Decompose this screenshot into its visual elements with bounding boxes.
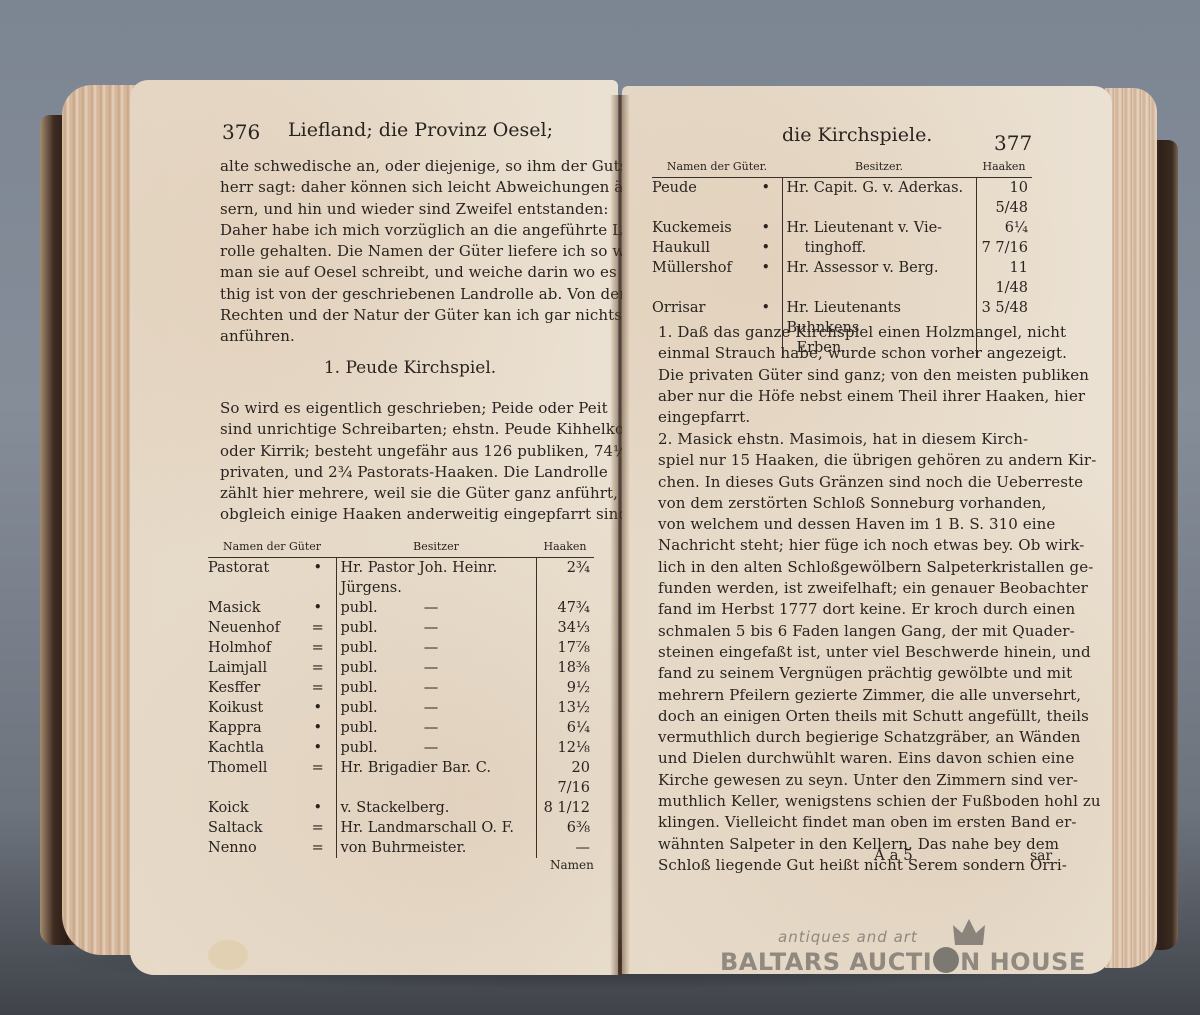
leader-mark: [300, 578, 336, 598]
text-line: Daher habe ich mich vorzüglich an die an…: [220, 220, 656, 241]
owner: publ. —: [336, 658, 536, 678]
owner: von Buhrmeister.: [336, 838, 536, 858]
page-number: 377: [994, 131, 1032, 155]
estate-name: Kachtla: [208, 738, 300, 758]
column-header-names: Namen der Güter: [208, 538, 336, 558]
table-row: Kuckemeis•Hr. Lieutenant v. Vie-6¼: [652, 218, 1032, 238]
leader-mark: •: [300, 798, 336, 818]
table-row: Kappra•publ. —6¼: [208, 718, 594, 738]
text-line: fand zu seinem Vergnügen prächtig gewölb…: [658, 663, 1101, 684]
owner: publ. —: [336, 638, 536, 658]
haaken-value: 12⅛: [536, 738, 594, 758]
estate-name: Koick: [208, 798, 300, 818]
auction-house-watermark: antiques and art BALTARS AUCTIN HOUSE: [720, 925, 1120, 985]
text-line: eingepfarrt.: [658, 407, 1089, 428]
haaken-value: 2¾: [536, 558, 594, 579]
table-row: Kesffer=publ. —9½: [208, 678, 594, 698]
text-line: steinen eingefaßt ist, unter viel Beschw…: [658, 642, 1101, 663]
column-header-owner: Besitzer: [336, 538, 536, 558]
book-gutter: [610, 95, 630, 975]
estate-name: Masick: [208, 598, 300, 618]
text-line: doch an einigen Orten theils mit Schutt …: [658, 706, 1101, 727]
haaken-value: 11 1/48: [976, 258, 1032, 298]
text-line: rolle gehalten. Die Namen der Güter lief…: [220, 241, 656, 262]
text-line: fand im Herbst 1777 dort keine. Er kroch…: [658, 599, 1101, 620]
text-line: sern, und hin und wieder sind Zweifel en…: [220, 199, 656, 220]
leader-mark: •: [750, 238, 782, 258]
table-row: Haukull•tinghoff.7 7/16: [652, 238, 1032, 258]
table-row: Müllershof•Hr. Assessor v. Berg.11 1/48: [652, 258, 1032, 298]
column-header-names: Namen der Güter.: [652, 158, 782, 178]
table-row: Jürgens.: [208, 578, 594, 598]
leader-mark: =: [300, 838, 336, 858]
text-line: einmal Strauch habe, wurde schon vorher …: [658, 343, 1089, 364]
estate-name: Müllershof: [652, 258, 750, 298]
owner: tinghoff.: [782, 238, 976, 258]
estate-name: Nenno: [208, 838, 300, 858]
watermark-tagline: antiques and art: [778, 928, 918, 946]
leader-mark: •: [750, 258, 782, 298]
text-line: obgleich einige Haaken anderweitig einge…: [220, 504, 644, 525]
table-row: Saltack=Hr. Landmarschall O. F.6⅜: [208, 818, 594, 838]
leader-mark: •: [300, 558, 336, 579]
text-line: 2. Masick ehstn. Masimois, hat in diesem…: [658, 429, 1101, 450]
owner: Hr. Pastor Joh. Heinr.: [336, 558, 536, 579]
haaken-value: 6¼: [536, 718, 594, 738]
column-header-owner: Besitzer.: [782, 158, 976, 178]
haaken-value: 6¼: [976, 218, 1032, 238]
text-line: chen. In dieses Guts Gränzen sind noch d…: [658, 472, 1101, 493]
paragraph-1: 1. Daß das ganze Kirchspiel einen Holzma…: [658, 322, 1089, 428]
table-row: Koikust•publ. —13½: [208, 698, 594, 718]
watermark-name-part2: N HOUSE: [960, 948, 1086, 976]
estate-name: Koikust: [208, 698, 300, 718]
text-line: Nachricht steht; hier füge ich noch etwa…: [658, 535, 1101, 556]
owner: Hr. Capit. G. v. Aderkas.: [782, 178, 976, 219]
table-row: Laimjall=publ. —18⅜: [208, 658, 594, 678]
haaken-value: [536, 578, 594, 598]
page-number: 376: [222, 120, 260, 144]
leader-mark: •: [300, 598, 336, 618]
running-head: Liefland; die Provinz Oesel;: [288, 119, 553, 141]
owner: publ. —: [336, 598, 536, 618]
estates-table: Namen der Güter Besitzer Haaken Pastorat…: [208, 538, 594, 858]
text-line: privaten, und 2¾ Pastorats-Haaken. Die L…: [220, 462, 644, 483]
text-line: mehrern Pfeilern gezierte Zimmer, die al…: [658, 685, 1101, 706]
paper-stain: [208, 940, 248, 970]
watermark-name: BALTARS AUCTIN HOUSE: [720, 947, 1086, 976]
column-header-haaken: Haaken: [976, 158, 1032, 178]
leader-mark: =: [300, 638, 336, 658]
haaken-value: —: [536, 838, 594, 858]
running-head: die Kirchspiele.: [782, 124, 932, 146]
table-row: Nenno=von Buhrmeister.—: [208, 838, 594, 858]
text-line: Rechten und der Natur der Güter kan ich …: [220, 305, 656, 326]
leader-mark: •: [300, 698, 336, 718]
owner: Hr. Assessor v. Berg.: [782, 258, 976, 298]
text-line: alte schwedische an, oder diejenige, so …: [220, 156, 656, 177]
estate-name: Peude: [652, 178, 750, 219]
haaken-value: 8 1/12: [536, 798, 594, 818]
table-row: Neuenhof=publ. —34⅓: [208, 618, 594, 638]
estate-name: Kappra: [208, 718, 300, 738]
text-line: von dem zerstörten Schloß Sonneburg vorh…: [658, 493, 1101, 514]
table-row: Peude•Hr. Capit. G. v. Aderkas.10 5/48: [652, 178, 1032, 219]
table-row: Thomell=Hr. Brigadier Bar. C.20 7/16: [208, 758, 594, 798]
text-line: vermuthlich durch begierige Schatzgräber…: [658, 727, 1101, 748]
leader-mark: •: [750, 218, 782, 238]
table-row: Pastorat•Hr. Pastor Joh. Heinr.2¾: [208, 558, 594, 579]
owner: publ. —: [336, 618, 536, 638]
estate-name: Laimjall: [208, 658, 300, 678]
owner: publ. —: [336, 718, 536, 738]
text-line: spiel nur 15 Haaken, die übrigen gehören…: [658, 450, 1101, 471]
watermark-name-part1: BALTARS AUCTI: [720, 948, 932, 976]
leader-mark: •: [300, 718, 336, 738]
text-line: Die privaten Güter sind ganz; von den me…: [658, 365, 1089, 386]
text-line: sind unrichtige Schreibarten; ehstn. Peu…: [220, 419, 644, 440]
text-line: lich in den alten Schloßgewölbern Salpet…: [658, 557, 1101, 578]
leader-mark: =: [300, 818, 336, 838]
haaken-value: 34⅓: [536, 618, 594, 638]
text-line: funden werden, ist zweifelhaft; ein gena…: [658, 578, 1101, 599]
right-page: die Kirchspiele. 377 Namen der Güter. Be…: [622, 86, 1112, 974]
intro-paragraph: alte schwedische an, oder diejenige, so …: [220, 156, 656, 348]
owner: Hr. Brigadier Bar. C.: [336, 758, 536, 798]
owner: publ. —: [336, 698, 536, 718]
text-line: und Dielen durchwühlt waren. Eins davon …: [658, 748, 1101, 769]
paragraph-2: 2. Masick ehstn. Masimois, hat in diesem…: [658, 429, 1101, 876]
column-header-haaken: Haaken: [536, 538, 594, 558]
leader-mark: =: [300, 678, 336, 698]
owner: publ. —: [336, 738, 536, 758]
section-paragraph: So wird es eigentlich geschrieben; Peide…: [220, 398, 644, 526]
estate-name: Holmhof: [208, 638, 300, 658]
haaken-value: 13½: [536, 698, 594, 718]
haaken-value: 47¾: [536, 598, 594, 618]
table-header: Namen der Güter. Besitzer. Haaken: [652, 158, 1032, 178]
text-line: herr sagt: daher können sich leicht Abwe…: [220, 177, 656, 198]
owner: publ. —: [336, 678, 536, 698]
text-line: anführen.: [220, 326, 656, 347]
leader-mark: =: [300, 658, 336, 678]
signature-mark: A a 5: [874, 846, 913, 864]
haaken-value: 17⅞: [536, 638, 594, 658]
section-title: 1. Peude Kirchspiel.: [220, 358, 600, 378]
text-line: zählt hier mehrere, weil sie die Güter g…: [220, 483, 644, 504]
estate-name: Kuckemeis: [652, 218, 750, 238]
estate-name: Pastorat: [208, 558, 300, 579]
orb-icon: [933, 947, 959, 973]
estate-name: Haukull: [652, 238, 750, 258]
text-line: schmalen 5 bis 6 Faden langen Gang, der …: [658, 621, 1101, 642]
owner: Jürgens.: [336, 578, 536, 598]
haaken-value: 6⅜: [536, 818, 594, 838]
owner: Hr. Landmarschall O. F.: [336, 818, 536, 838]
table-row: Kachtla•publ. —12⅛: [208, 738, 594, 758]
catchword: sar: [1030, 848, 1052, 864]
table-row: Holmhof=publ. —17⅞: [208, 638, 594, 658]
haaken-value: 10 5/48: [976, 178, 1032, 219]
text-line: aber nur die Höfe nebst einem Theil ihre…: [658, 386, 1089, 407]
estate-name: Kesffer: [208, 678, 300, 698]
table-row: Masick•publ. —47¾: [208, 598, 594, 618]
estate-name: Neuenhof: [208, 618, 300, 638]
text-line: oder Kirrik; besteht ungefähr aus 126 pu…: [220, 441, 644, 462]
leader-mark: =: [300, 618, 336, 638]
text-line: klingen. Vielleicht findet man oben im e…: [658, 812, 1101, 833]
text-line: 1. Daß das ganze Kirchspiel einen Holzma…: [658, 322, 1089, 343]
catchword: Namen: [550, 858, 594, 872]
crown-icon: [952, 917, 986, 947]
text-line: man sie auf Oesel schreibt, und weiche d…: [220, 262, 656, 283]
table-header: Namen der Güter Besitzer Haaken: [208, 538, 594, 558]
text-line: muthlich Keller, wenigstens schien der F…: [658, 791, 1101, 812]
text-line: So wird es eigentlich geschrieben; Peide…: [220, 398, 644, 419]
estate-name: Saltack: [208, 818, 300, 838]
haaken-value: 9½: [536, 678, 594, 698]
text-line: Kirche gewesen zu seyn. Unter den Zimmer…: [658, 770, 1101, 791]
owner: Hr. Lieutenant v. Vie-: [782, 218, 976, 238]
left-page: 376 Liefland; die Provinz Oesel; alte sc…: [130, 80, 618, 975]
text-line: thig ist von der geschriebenen Landrolle…: [220, 284, 656, 305]
leader-mark: =: [300, 758, 336, 798]
haaken-value: 7 7/16: [976, 238, 1032, 258]
estate-name: Thomell: [208, 758, 300, 798]
leader-mark: •: [750, 178, 782, 219]
haaken-value: 18⅜: [536, 658, 594, 678]
text-line: von welchem und dessen Haven im 1 B. S. …: [658, 514, 1101, 535]
estate-name: [208, 578, 300, 598]
owner: v. Stackelberg.: [336, 798, 536, 818]
haaken-value: 20 7/16: [536, 758, 594, 798]
page-edges-right: [1105, 88, 1157, 968]
leader-mark: •: [300, 738, 336, 758]
table-row: Koick•v. Stackelberg.8 1/12: [208, 798, 594, 818]
